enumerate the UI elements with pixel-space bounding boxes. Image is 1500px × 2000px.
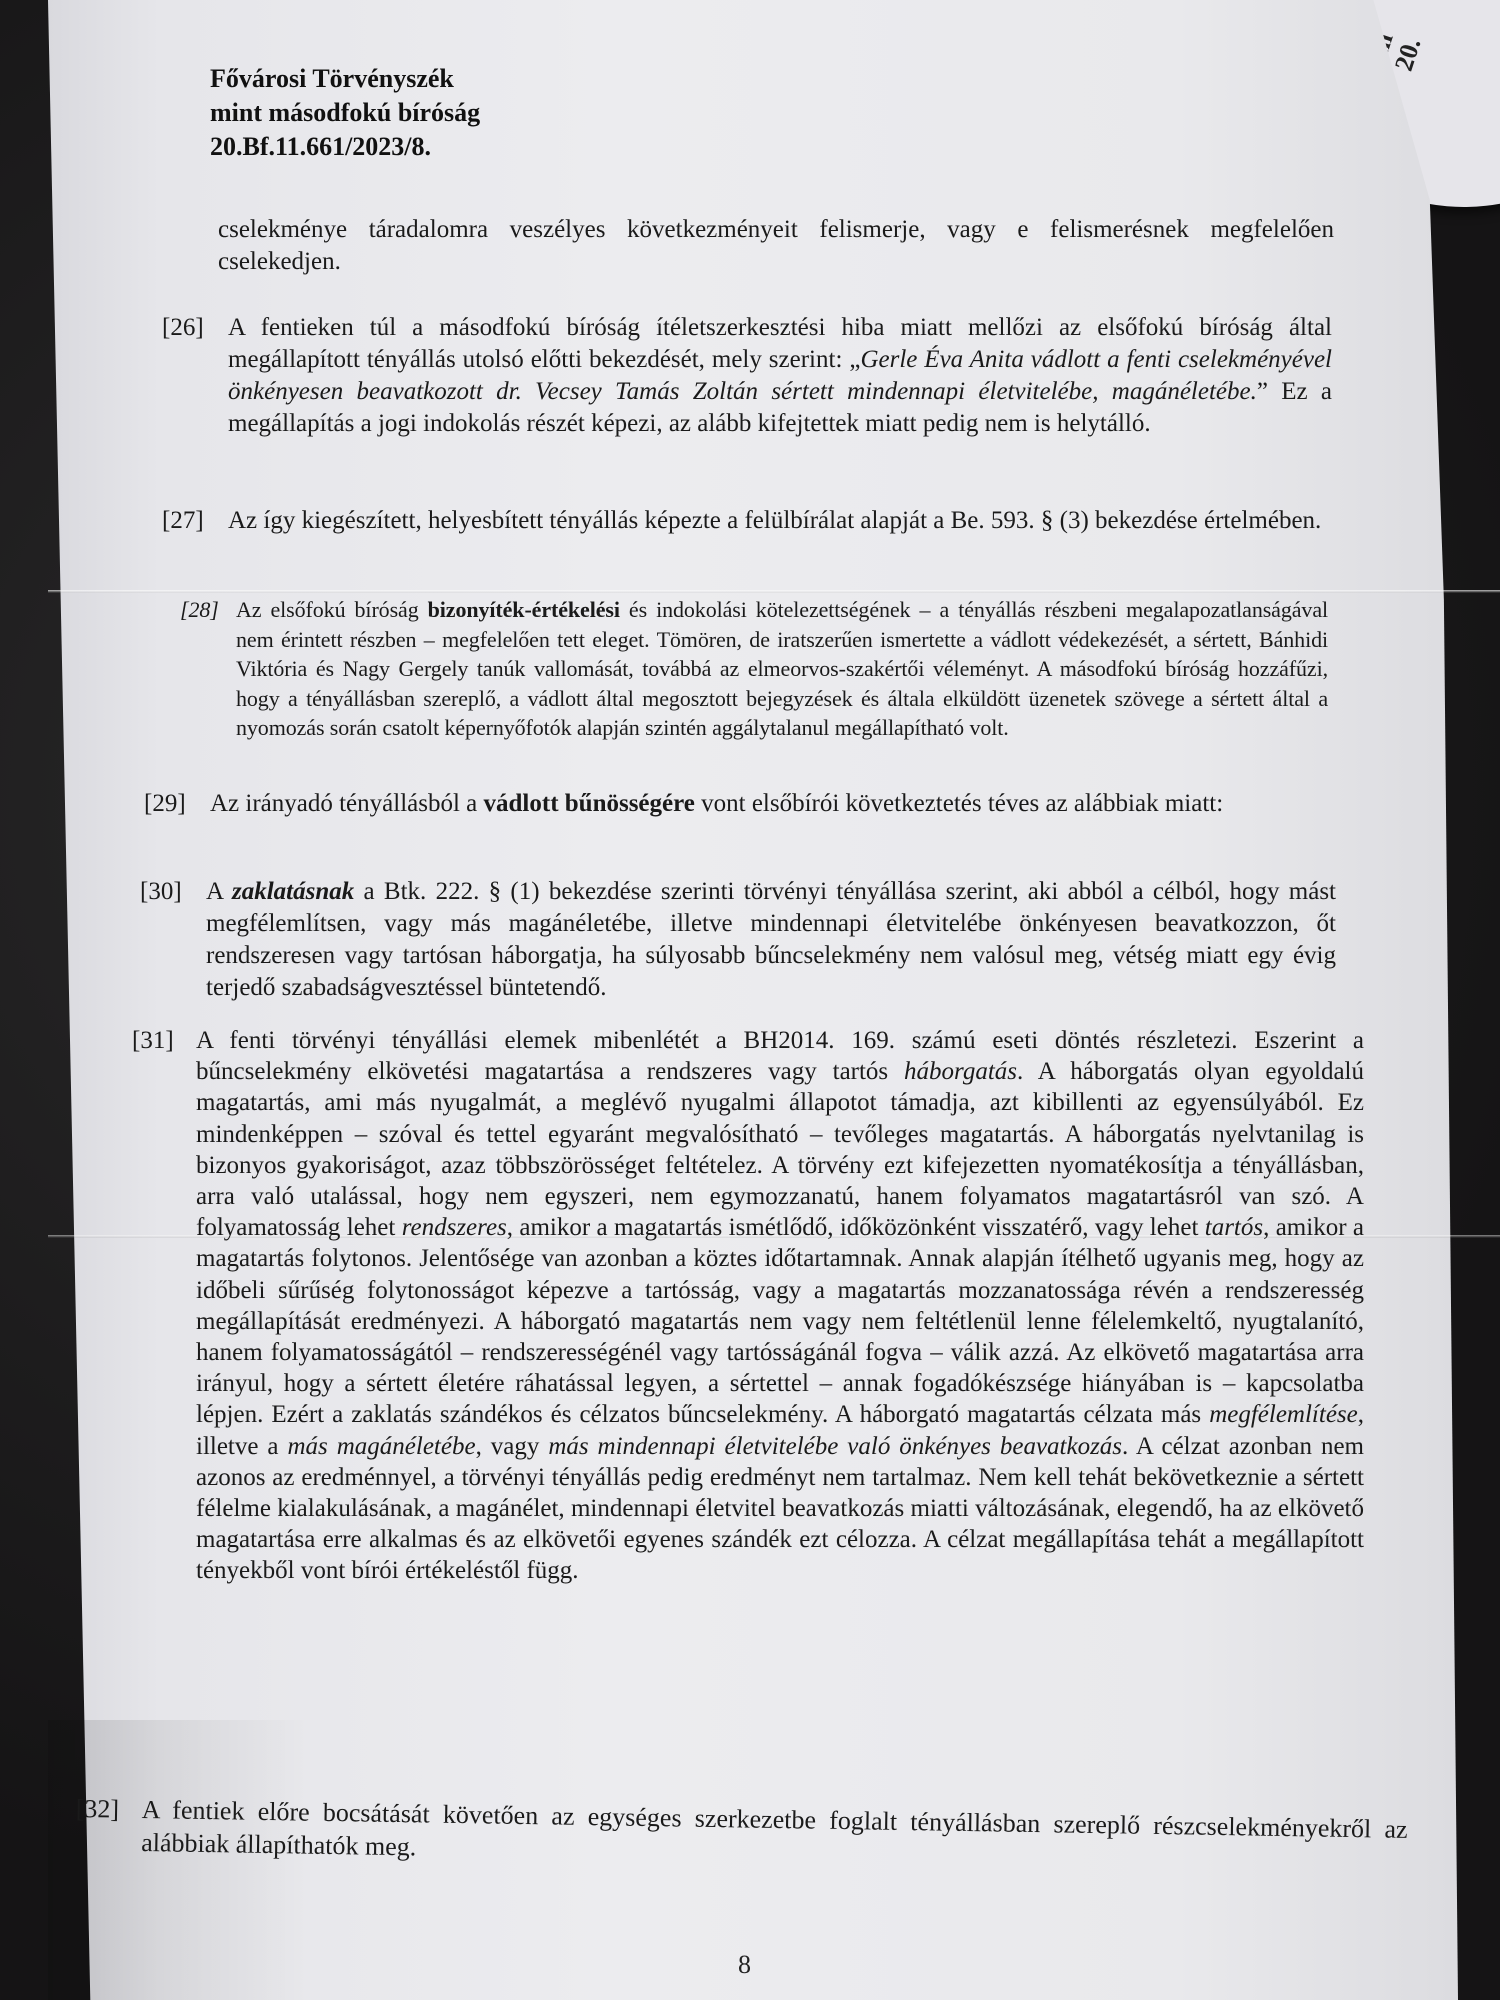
paragraph-number: [31]: [132, 1025, 174, 1056]
court-role: mint másodfokú bíróság: [210, 96, 480, 130]
text-run: , amikor a magatartás ismétlődő, időközö…: [507, 1214, 1205, 1241]
text-run: más magánéletébe: [287, 1433, 475, 1460]
text-run: más mindennapi életvitelébe való önkénye…: [548, 1433, 1122, 1460]
text-run: háborgatás: [904, 1058, 1017, 1085]
text-run: a Btk. 222. § (1) bekezdése szerinti tör…: [206, 878, 1336, 1001]
paragraph-26: [26]A fentieken túl a másodfokú bíróság …: [228, 312, 1332, 440]
court-name: Fővárosi Törvényszék: [210, 62, 480, 96]
paragraph-29: [29]Az irányadó tényállásból a vádlott b…: [210, 788, 1330, 820]
text-run: zaklatásnak: [232, 878, 354, 905]
case-number: 20.Bf.11.661/2023/8.: [210, 130, 480, 164]
text-run: Az így kiegészített, helyesbített tényál…: [228, 507, 1321, 534]
text-run: Az elsőfokú bíróság: [236, 597, 428, 622]
page-number: 8: [738, 1950, 751, 1980]
paragraph-number: [27]: [162, 505, 204, 537]
paragraph-number: [26]: [162, 312, 204, 344]
paper-fold: [48, 590, 1500, 593]
document-header: Fővárosi Törvényszék mint másodfokú bíró…: [210, 62, 480, 164]
text-run: Az irányadó tényállásból a: [210, 790, 484, 817]
paragraph-number: [29]: [144, 788, 186, 820]
text-run: bizonyíték-értékelési: [428, 597, 620, 622]
text-run: vont elsőbírói következtetés téves az al…: [695, 790, 1223, 817]
paragraph-30: [30]A zaklatásnak a Btk. 222. § (1) beke…: [206, 876, 1336, 1004]
paragraph-number: [28]: [180, 595, 219, 625]
text-run: , amikor a magatartás folytonos. Jelentő…: [196, 1214, 1364, 1428]
text-run: rendszeres: [402, 1214, 507, 1241]
text-run: vádlott bűnösségére: [484, 790, 695, 817]
paragraph-31: [31]A fenti törvényi tényállási elemek m…: [196, 1025, 1364, 1587]
text-run: tartós: [1205, 1214, 1263, 1241]
text-run: A: [206, 878, 232, 905]
paragraph-number: [32]: [75, 1792, 119, 1826]
text-run: , vagy: [476, 1433, 549, 1460]
paragraph-number: [30]: [140, 876, 182, 908]
paragraph-28: [28]Az elsőfokú bíróság bizonyíték-érték…: [236, 595, 1328, 743]
paragraph-27: [27]Az így kiegészített, helyesbített té…: [228, 505, 1332, 537]
text-run: megfélemlítése: [1209, 1401, 1358, 1428]
continuation-paragraph: cselekménye táradalomra veszélyes követk…: [218, 214, 1334, 278]
text-run: cselekménye táradalomra veszélyes követk…: [218, 216, 1334, 275]
